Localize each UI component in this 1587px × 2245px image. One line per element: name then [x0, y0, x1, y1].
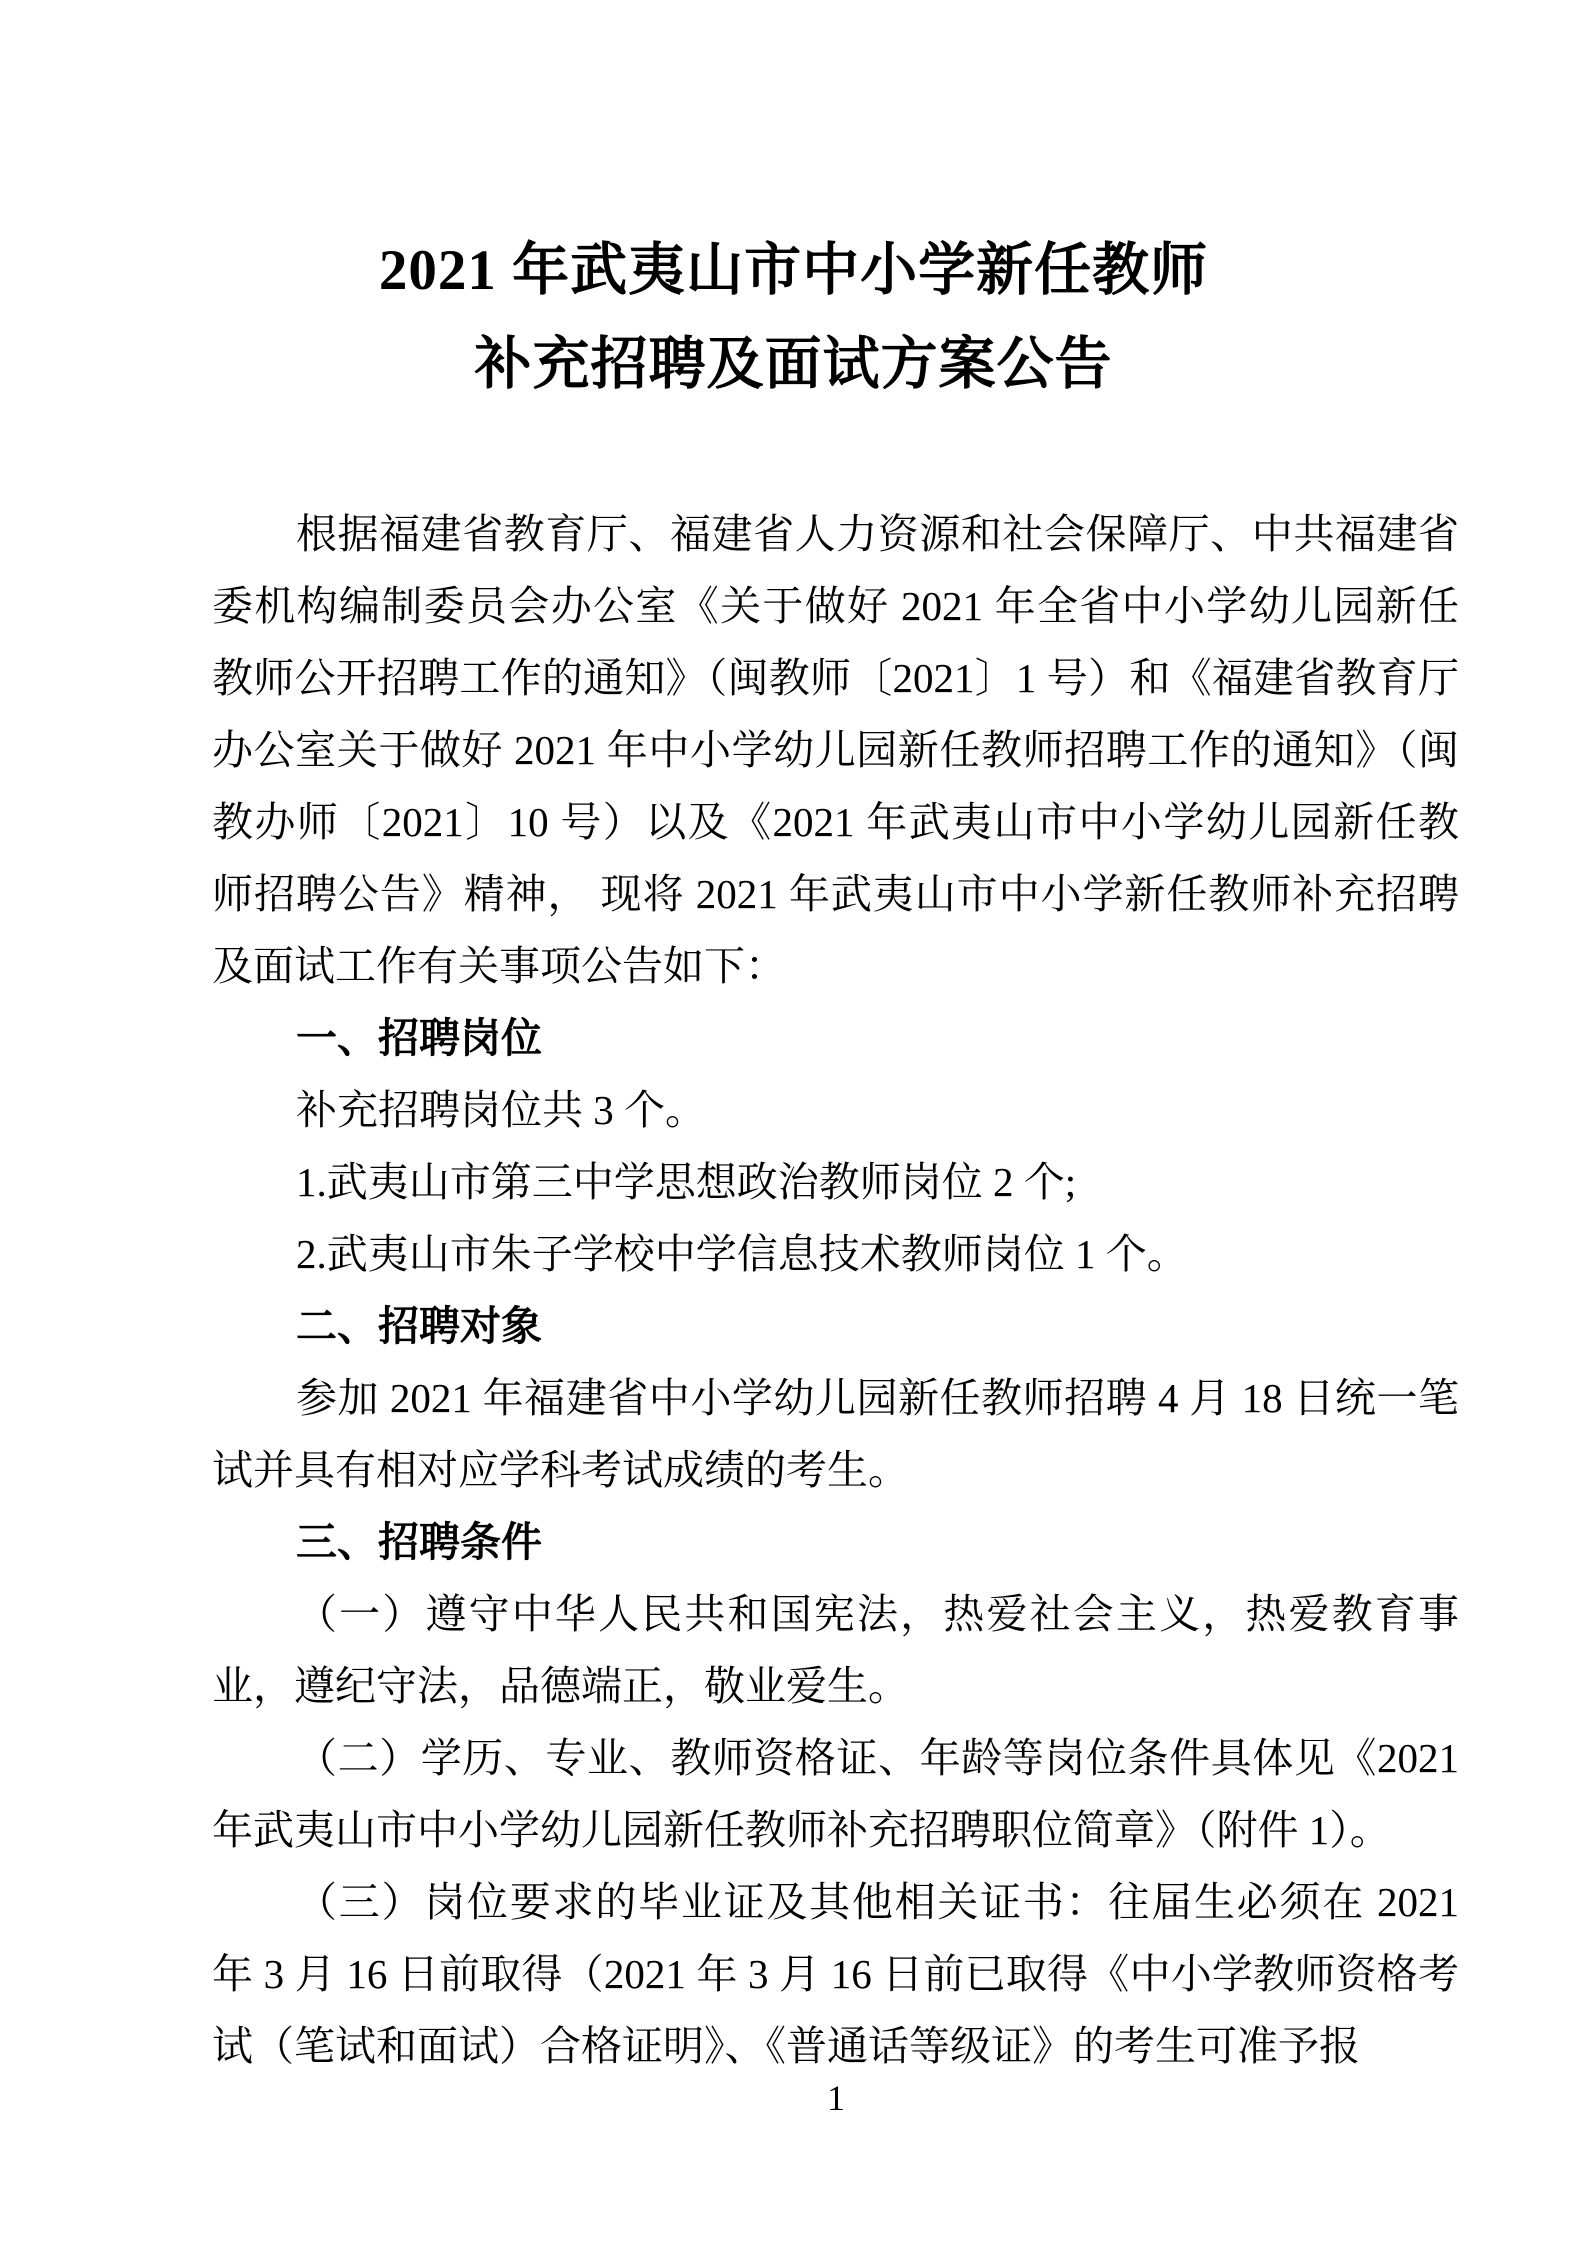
document-title-line1: 2021 年武夷山市中小学新任教师	[0, 224, 1587, 318]
document-title: 2021 年武夷山市中小学新任教师 补充招聘及面试方案公告	[0, 224, 1587, 412]
section-1-paragraph-total: 补充招聘岗位共 3 个。	[212, 1074, 1459, 1146]
page-number: 1	[212, 2076, 1460, 2120]
section-2-paragraph: 参加 2021 年福建省中小学幼儿园新任教师招聘 4 月 18 日统一笔试并具有…	[212, 1362, 1459, 1506]
section-3-heading: 三、招聘条件	[212, 1506, 1459, 1578]
document-body: 根据福建省教育厅、福建省人力资源和社会保障厅、中共福建省委机构编制委员会办公室《…	[212, 498, 1459, 2082]
document-title-line2: 补充招聘及面试方案公告	[0, 318, 1587, 412]
section-3-condition-1: （一）遵守中华人民共和国宪法，热爱社会主义，热爱教育事业，遵纪守法，品德端正，敬…	[212, 1578, 1459, 1722]
section-1-item-2: 2.武夷山市朱子学校中学信息技术教师岗位 1 个。	[212, 1218, 1459, 1290]
section-3-condition-2: （二）学历、专业、教师资格证、年龄等岗位条件具体见《2021 年武夷山市中小学幼…	[212, 1722, 1459, 1866]
intro-paragraph: 根据福建省教育厅、福建省人力资源和社会保障厅、中共福建省委机构编制委员会办公室《…	[212, 498, 1459, 1002]
section-1-heading: 一、招聘岗位	[212, 1002, 1459, 1074]
section-2-heading: 二、招聘对象	[212, 1290, 1459, 1362]
section-3-condition-3: （三）岗位要求的毕业证及其他相关证书：往届生必须在 2021 年 3 月 16 …	[212, 1866, 1459, 2082]
document-page: 2021 年武夷山市中小学新任教师 补充招聘及面试方案公告 根据福建省教育厅、福…	[0, 0, 1587, 2245]
section-1-item-1: 1.武夷山市第三中学思想政治教师岗位 2 个;	[212, 1146, 1459, 1218]
